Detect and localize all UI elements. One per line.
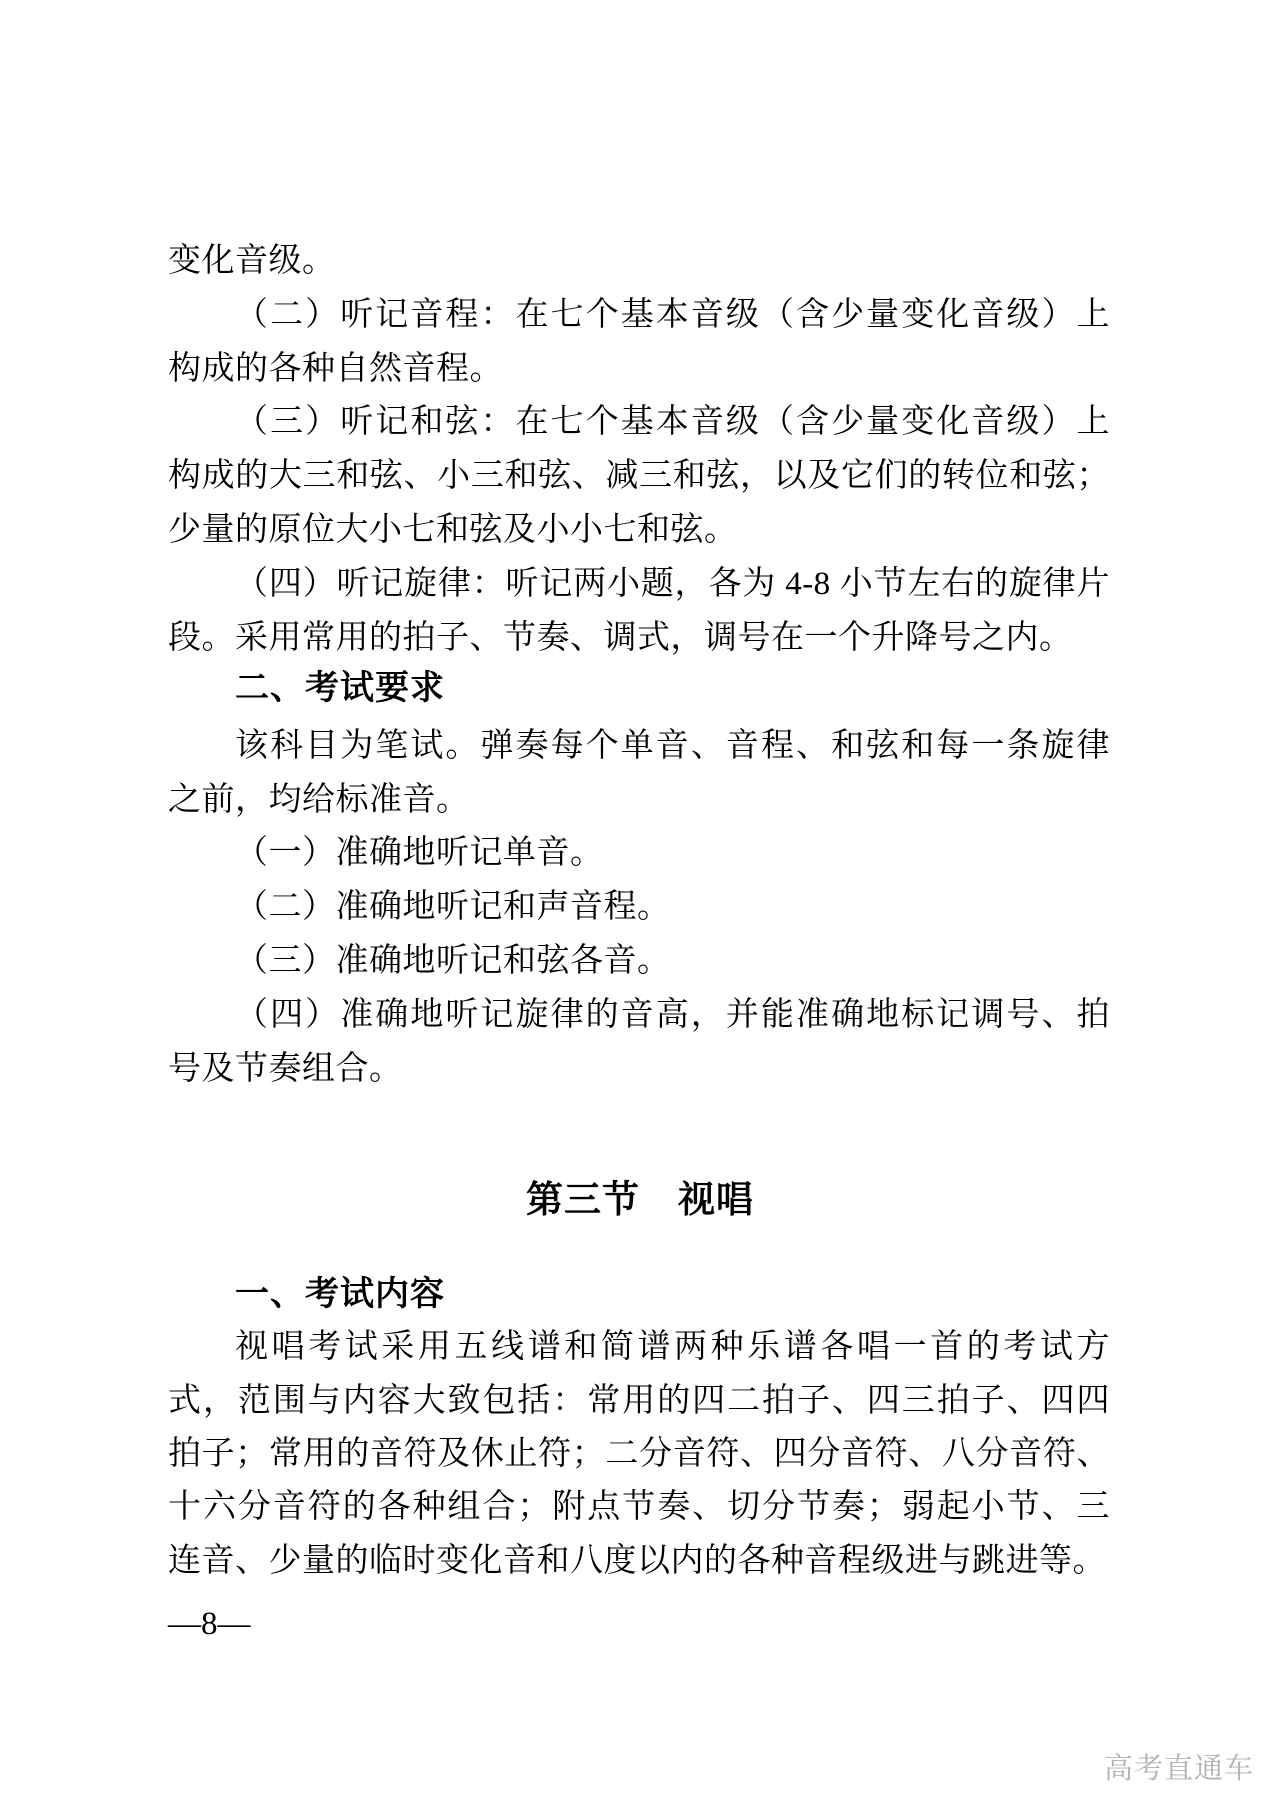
section-heading: 第三节 视唱: [0, 1178, 1280, 1232]
subheading: 一、考试内容: [168, 1272, 1110, 1326]
text-line: 式，范围与内容大致包括：常用的四二拍子、四三拍子、四四: [168, 1379, 1110, 1433]
text-line: （二）准确地听记和声音程。: [168, 885, 1110, 939]
text-line: （一）准确地听记单音。: [168, 831, 1110, 885]
text-line: 拍子；常用的音符及休止符；二分音符、四分音符、八分音符、: [168, 1432, 1110, 1486]
text-line: 之前，均给标准音。: [168, 778, 1110, 832]
text-line: 构成的大三和弦、小三和弦、减三和弦，以及它们的转位和弦；: [168, 454, 1110, 508]
text-line: 少量的原位大小七和弦及小小七和弦。: [168, 508, 1110, 562]
text-line: （四）听记旋律：听记两小题，各为 4-8 小节左右的旋律片: [168, 562, 1110, 616]
document-page: 变化音级。（二）听记音程：在七个基本音级（含少量变化音级）上构成的各种自然音程。…: [0, 0, 1280, 1810]
page-number: —8—: [168, 1602, 251, 1646]
text-line: （四）准确地听记旋律的音高，并能准确地标记调号、拍: [168, 993, 1110, 1047]
text-line: 十六分音符的各种组合；附点节奏、切分节奏；弱起小节、三: [168, 1485, 1110, 1539]
text-line: 号及节奏组合。: [168, 1047, 1110, 1101]
text-line: 段。采用常用的拍子、节奏、调式，调号在一个升降号之内。: [168, 616, 1110, 670]
text-line: 视唱考试采用五线谱和简谱两种乐谱各唱一首的考试方: [168, 1325, 1110, 1379]
watermark: 高考直通车: [1104, 1752, 1254, 1786]
subheading: 二、考试要求: [168, 666, 1110, 720]
text-line: 该科目为笔试。弹奏每个单音、音程、和弦和每一条旋律: [168, 724, 1110, 778]
text-line: （三）听记和弦：在七个基本音级（含少量变化音级）上: [168, 400, 1110, 454]
text-line: 变化音级。: [168, 239, 1110, 293]
text-line: （二）听记音程：在七个基本音级（含少量变化音级）上: [168, 293, 1110, 347]
text-line: 连音、少量的临时变化音和八度以内的各种音程级进与跳进等。: [168, 1539, 1110, 1593]
text-line: 构成的各种自然音程。: [168, 347, 1110, 401]
text-line: （三）准确地听记和弦各音。: [168, 939, 1110, 993]
